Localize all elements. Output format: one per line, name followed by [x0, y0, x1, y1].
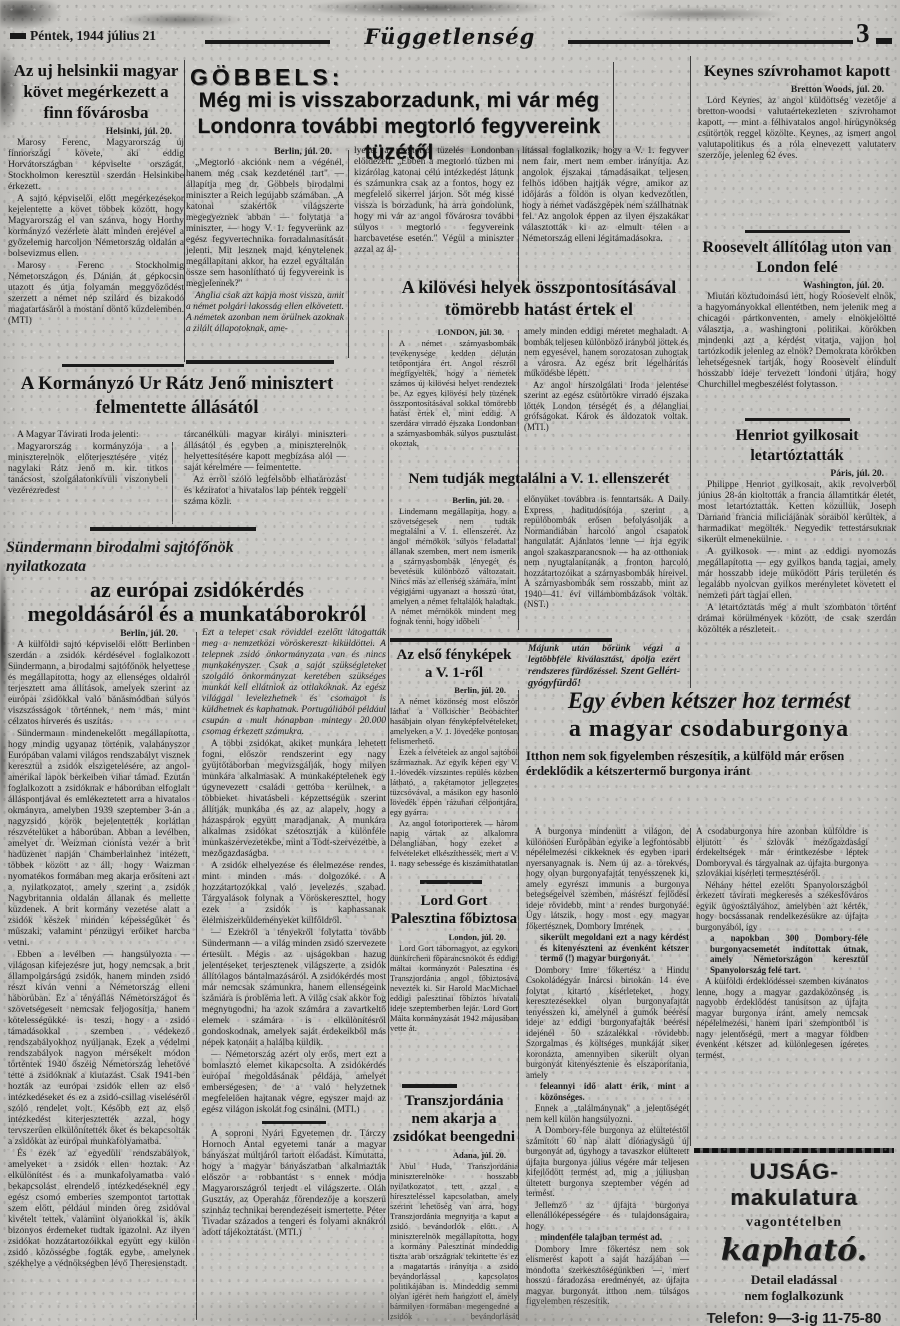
article-dateline: Berlin, júl. 20.	[8, 629, 190, 639]
article-body: Marosy Ferenc, Magyarország új finnorszá…	[8, 138, 184, 356]
article-headline: Transzjordánia nem akarja a zsidókat bee…	[390, 1092, 518, 1146]
article-dateline: Washington, júl. 20.	[698, 281, 896, 291]
paragraph: Az angol fotoriporterek — három napig vá…	[390, 818, 518, 868]
ornament-dash-right	[876, 38, 892, 44]
article-v1-photos: Az első fényképek a V. 1-ről Berlin, júl…	[390, 646, 518, 868]
paragraph: — Németország azért oly erős, mert ezt a…	[202, 1050, 386, 1116]
article-keynes: Keynes szívrohamot kapott Bretton Woods,…	[698, 62, 896, 202]
paragraph-sopron-brief: A soproni Nyári Egyetemen dr. Tárczy Hor…	[202, 1129, 386, 1239]
article-lord-gort: Lord Gort Palesztina főbiztosa London, j…	[390, 892, 518, 1071]
paragraph: tárcanélküli magyar királyi miniszteri á…	[184, 430, 346, 474]
article-column-1: Berlin, júl. 20. „Megtorló akciónk nem a…	[186, 146, 344, 360]
paragraph: „Megtorló akciónk nem a végénél, hanem m…	[186, 158, 344, 290]
column-rule	[196, 632, 197, 1320]
article-headline: Keynes szívrohamot kapott	[698, 62, 896, 82]
article-column-2: előnyüket továbbra is fenntartsák. A Dai…	[524, 494, 688, 636]
column-rule	[184, 60, 185, 362]
section-divider	[186, 360, 334, 364]
column-rule	[613, 62, 614, 148]
article-kicker: GÖBBELS:	[190, 64, 343, 91]
paragraph: A csodaburgonya híre azonban külföldre i…	[696, 826, 868, 879]
section-divider	[90, 527, 256, 531]
ad-line-kaphato: kapható.	[694, 1233, 894, 1268]
paragraph: Jellemző az újfajta burgonya ellenállóké…	[526, 1200, 689, 1232]
article-transjordan: Transzjordánia nem akarja a zsidókat bee…	[390, 1092, 518, 1319]
paragraph: A külföldi sajtó képviselői előtt Berlin…	[8, 640, 190, 728]
paragraph: Lord Gort tábornagyot, az egykori dünkir…	[390, 943, 518, 1033]
article-column-2: amely minden eddigi méretet meghaladt. A…	[524, 326, 688, 466]
paragraph: Anglia csak azt kapja most vissza, amit …	[186, 291, 344, 335]
paragraph: lítással foglalkozik, hogy a V. 1. fegyv…	[522, 146, 688, 245]
ad-ujsag-makulatura: UJSÁG-makulatura vagontételben kapható. …	[694, 1148, 894, 1326]
article-column-3: lítással foglalkozik, hogy a V. 1. fegyv…	[522, 146, 688, 282]
article-subhead: Itthon nem sok figyelemben részesítik, a…	[520, 749, 898, 779]
paragraph-emphasis: a napokban 300 Dombory-féle burgonyacsem…	[696, 933, 868, 975]
paragraph: Lord Keynes, az angol küldöttség vezetőj…	[698, 96, 896, 162]
article-henriot: Henriot gyilkosait letartóztatták Páris,…	[698, 426, 896, 668]
article-headline-line2: megoldásáról és a munkatáborokról	[6, 602, 388, 626]
newspaper-page: Péntek, 1944 július 21 Függetlenség 3 Az…	[0, 0, 900, 1326]
article-helsinki-envoy: Az uj helsinkii magyar követ megérkezett…	[8, 60, 184, 356]
article-roosevelt: Roosevelt állítólag uton van London felé…	[698, 238, 896, 406]
article-kicker: Sündermann birodalmi sajtófőnök	[6, 538, 388, 557]
article-body: Miután köztudomású lett, hogy Roosevelt …	[698, 292, 896, 406]
paragraph: Abul Huda, Transzjordánia miniszterelnök…	[390, 1161, 518, 1319]
paragraph: A Dombory-féle burgonya az elültetéstől …	[526, 1125, 689, 1199]
paragraph: Dombory Imre főkertész a Hindu Csokoládé…	[526, 965, 689, 1081]
article-body: Lord Keynes, az angol küldöttség vezetőj…	[698, 96, 896, 202]
ornament-dash-left	[10, 33, 26, 39]
article-headline: A Kormányzó Ur Rátz Jenő minisztert felm…	[8, 372, 346, 420]
paragraph: A letartóztatás még a mult szombaton tör…	[698, 603, 896, 636]
paragraph: Ezt a telepet csak röviddel ezelőtt láto…	[202, 628, 386, 738]
ad-line: vagontételben	[694, 1215, 894, 1231]
ad-title: UJSÁG-makulatura	[694, 1159, 894, 1211]
article-headline: Egy évben kétszer hoz termést	[520, 688, 898, 714]
article-v1-countermeasure: Nem tudják megtalálni a V. 1. ellenszeré…	[390, 470, 688, 491]
column-rule	[348, 150, 349, 358]
paragraph: Ezek a felvételek az angol sajtóból szár…	[390, 747, 518, 817]
article-dateline: Adana, júl. 20.	[390, 1150, 518, 1160]
paragraph: Az erről szóló legfelsőbb elhatározást é…	[184, 475, 346, 508]
paragraph-emphasis: mindenféle talajban termést ad.	[526, 1232, 689, 1243]
paragraph: előnyüket továbbra is fenntartsák. A Dai…	[524, 494, 688, 610]
item-divider	[262, 1121, 326, 1124]
paragraph: A sajtó képviselői előtt megérkezésekor …	[8, 194, 184, 260]
article-headline: az európai zsidókérdés	[6, 578, 388, 602]
ad-line: Detail eladással	[694, 1272, 894, 1288]
paragraph-emphasis: feleannyi idő alatt érik, mint a közönsé…	[526, 1081, 689, 1102]
paragraph: És ezek az egyedüli rendszabályok, amely…	[8, 1149, 190, 1270]
article-column-2: Ezt a telepet csak röviddel ezelőtt láto…	[202, 628, 386, 1320]
paragraph: Dombory Imre főkertész nem sok elismerés…	[526, 1244, 689, 1307]
article-headline-line2: a magyar csodaburgonya	[520, 716, 898, 743]
paragraph: amely minden eddigi méretet meghaladt. A…	[524, 326, 688, 379]
paragraph: Miután köztudomású lett, hogy Roosevelt …	[698, 292, 896, 391]
article-headline: Henriot gyilkosait letartóztatták	[698, 426, 896, 466]
article-body: A német közönség most először láthat a V…	[390, 696, 518, 868]
article-headline: Az uj helsinkii magyar követ megérkezett…	[8, 60, 184, 123]
article-miracle-potato: Egy évben kétszer hoz termést a magyar c…	[520, 688, 898, 779]
paragraph: Ebben a levélben — hangsúlyozta — világo…	[8, 950, 190, 1148]
article-headline-line2: a V. 1-ről	[390, 664, 518, 682]
column-rule	[518, 150, 519, 282]
masthead-rule-right	[568, 40, 853, 44]
paragraph: Ennek a „találmánynak" a jelentőségét ne…	[526, 1103, 689, 1124]
column-rule	[388, 330, 389, 1320]
paragraph-emphasis: sikerült megoldani ezt a nagy kérdést és…	[526, 932, 689, 964]
article-headline: Roosevelt állítólag uton van London felé	[698, 238, 896, 278]
paragraph: — Ezekről a tényekről folytatta tovább S…	[202, 928, 386, 1049]
article-dateline: Páris, júl. 20.	[698, 469, 896, 479]
article-headline: Lord Gort	[390, 892, 518, 910]
paragraph: A Magyar Távirati Iroda jelenti:	[8, 430, 168, 441]
page-number: 3	[856, 18, 886, 49]
paragraph: A zsidók elhelyezése és élelmezése rende…	[202, 861, 386, 927]
article-column-2: lyeket a megtorló tüzelés Londonban elői…	[354, 146, 514, 282]
paragraph: A külföldi érdeklődéssel szemben kívánat…	[696, 976, 868, 1060]
article-dateline: Berlin, júl. 20.	[390, 495, 516, 505]
article-dateline: LONDON, júl. 30.	[390, 327, 516, 337]
article-column-1: Berlin, júl. 20. A külföldi sajtó képvis…	[8, 628, 190, 1320]
article-dateline: Berlin, júl. 20.	[390, 685, 518, 695]
column-rule	[690, 828, 691, 1146]
article-headline: A kilövési helyek összpontosításával töm…	[390, 276, 688, 320]
section-divider	[402, 1084, 457, 1088]
ad-phone: Telefon: 9—3-ig 11-75-80	[694, 1310, 894, 1326]
article-kicker-line2: nyilatkozata	[6, 557, 388, 576]
ad-gellert-bath: Májunk után bőrünk végzi a legtöbbféle k…	[528, 644, 680, 690]
paragraph: Az angol hírszolgálati Iroda jelentése s…	[524, 380, 688, 433]
paragraph: Sündermann mindenekelőtt megállapította,…	[8, 729, 190, 949]
section-divider	[420, 880, 482, 884]
column-rule	[690, 56, 691, 688]
paragraph: Magyarország kormányzója a miniszterelnö…	[8, 442, 168, 497]
article-launch-sites: A kilövési helyek összpontosításával töm…	[390, 276, 688, 325]
article-column-1: LONDON, júl. 30. A német szárnyasbombák …	[390, 326, 516, 466]
paragraph: Marosy Ferenc, Magyarország új finnorszá…	[8, 138, 184, 193]
article-headline: Az első fényképek	[390, 646, 518, 664]
article-column-1: A Magyar Távirati Iroda jelenti: Magyaro…	[8, 430, 168, 524]
article-sundermann: Sündermann birodalmi sajtófőnök nyilatko…	[6, 538, 388, 626]
section-divider	[62, 364, 184, 367]
article-column-2: tárcanélküli magyar királyi miniszteri á…	[184, 430, 346, 524]
paragraph: A burgonya mindenütt a világon, de külön…	[526, 826, 689, 931]
masthead-logo: Függetlenség	[335, 24, 565, 49]
article-column-2: A csodaburgonya híre azonban külföldre i…	[696, 826, 868, 1146]
article-dateline: Berlin, júl. 20.	[186, 147, 344, 157]
ad-line: nem foglalkozunk	[694, 1288, 894, 1304]
paragraph: Marosy Ferenc Stockholmig Németországon …	[8, 261, 184, 327]
article-column-1: Berlin, júl. 20. Lindemann megállapítja,…	[390, 494, 516, 636]
article-dateline: Bretton Woods, júl. 20.	[698, 85, 896, 95]
paragraph: A gyilkosok — mint az eddigi nyomozás me…	[698, 547, 896, 602]
article-headline: Nem tudják megtalálni a V. 1. ellenszeré…	[390, 470, 688, 488]
column-rule	[518, 690, 519, 1320]
section-divider	[390, 638, 612, 642]
paragraph: A német szárnyasbombák tevékenysége kedd…	[390, 338, 516, 448]
column-rule	[172, 442, 173, 524]
section-divider	[745, 230, 850, 233]
article-dateline: London, júl. 20.	[390, 932, 518, 942]
article-body: Philippe Henriot gyilkosait, akik revolv…	[698, 480, 896, 668]
paragraph: Néhány héttel ezelőtt Spanyolországból é…	[696, 880, 868, 933]
article-column-1: A burgonya mindenütt a világon, de külön…	[526, 826, 689, 1320]
article-ratz-dismissal: A Kormányzó Ur Rátz Jenő minisztert felm…	[8, 372, 346, 428]
paragraph: A többi zsidókat, akiket munkára lehetet…	[202, 739, 386, 860]
paragraph: A német közönség most először láthat a V…	[390, 696, 518, 746]
article-body: Lord Gort tábornagyot, az egykori dünkir…	[390, 943, 518, 1071]
article-dateline: Helsinki, júl. 20.	[8, 127, 184, 137]
masthead-rule-left	[205, 40, 330, 44]
article-headline-line2: Palesztina főbiztosa	[390, 910, 518, 928]
paragraph: lyeket a megtorló tüzelés Londonban elői…	[354, 146, 514, 256]
paragraph: Lindemann megállapítja, hogy a szövetség…	[390, 506, 516, 626]
section-divider	[745, 418, 850, 421]
ad-border-rule	[694, 1148, 894, 1153]
paragraph: Philippe Henriot gyilkosait, akik revolv…	[698, 480, 896, 546]
article-body: Abul Huda, Transzjordánia miniszterelnök…	[390, 1161, 518, 1319]
